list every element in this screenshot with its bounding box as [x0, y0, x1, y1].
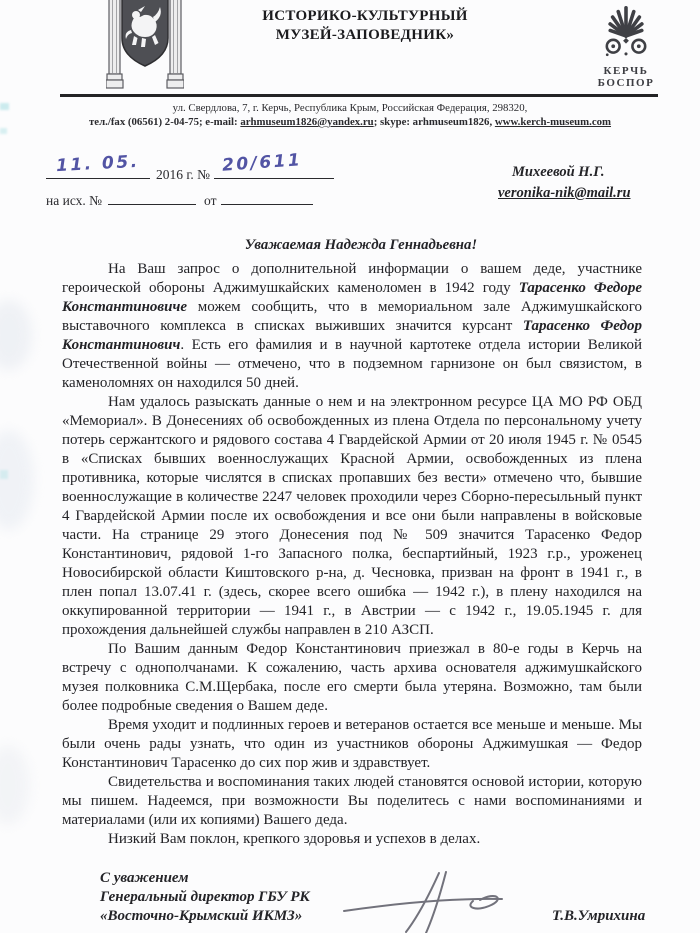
signature-block: С уважением Генеральный директор ГБУ РК … — [100, 869, 660, 926]
scan-smudge — [0, 470, 8, 479]
letter-body: На Ваш запрос о дополнительной информаци… — [62, 260, 642, 849]
paragraph-6: Низкий Вам поклон, крепкого здоровья и у… — [62, 830, 642, 849]
scanned-letter-page: ИСТОРИКО-КУЛЬТУРНЫЙ МУЗЕЙ-ЗАПОВЕДНИК» КЕ… — [0, 0, 700, 933]
handwritten-date: 11. 05. — [56, 152, 141, 176]
scan-smudge — [0, 128, 7, 134]
reference-block: 11. 05.2016 г. №20/611 на исх. №от Михее… — [46, 163, 658, 209]
recipient-block: Михеевой Н.Г. veronika-nik@mail.ru — [498, 162, 700, 204]
paragraph-1: На Ваш запрос о дополнительной информаци… — [62, 260, 642, 393]
contact-line: тел./fax (06561) 2-04-75; e-mail: arhmus… — [0, 116, 700, 128]
website-text: www.kerch-museum.com — [495, 116, 611, 128]
logo-text-line2: БОСПОР — [580, 77, 672, 89]
skype-text: ; skype: arhmuseum1826, — [374, 116, 495, 128]
from-label: от — [204, 193, 216, 208]
year-number-label: 2016 г. № — [156, 167, 210, 182]
salutation: Уважаемая Надежда Геннадьевна! — [0, 237, 700, 254]
palmette-icon — [589, 1, 663, 59]
incoming-number-label: на исх. № — [46, 193, 102, 208]
contact-block: ул. Свердлова, 7, г. Керчь, Республика К… — [0, 102, 700, 128]
number-blank-line: 20/611 — [214, 163, 334, 179]
handwritten-signature-icon — [342, 871, 512, 933]
paragraph-4: Время уходит и подлинных героев и ветера… — [62, 716, 642, 773]
logo-text-line1: КЕРЧЬ — [580, 65, 672, 77]
phone-text: тел./fax (06561) 2-04-75; e-mail: — [89, 116, 240, 128]
museum-title-line2: МУЗЕЙ-ЗАПОВЕДНИК» — [215, 26, 515, 45]
incoming-number-blank — [108, 189, 196, 205]
paragraph-2: Нам удалось разыскать данные о нем и на … — [62, 393, 642, 640]
museum-title: ИСТОРИКО-КУЛЬТУРНЫЙ МУЗЕЙ-ЗАПОВЕДНИК» — [215, 7, 515, 45]
header-divider — [60, 94, 658, 97]
paragraph-3: По Вашим данным Федор Константинович при… — [62, 640, 642, 716]
logo-text: КЕРЧЬ БОСПОР — [580, 65, 672, 89]
kerch-bospor-logo: КЕРЧЬ БОСПОР — [580, 1, 672, 89]
from-date-blank — [221, 189, 313, 205]
recipient-email: veronika-nik@mail.ru — [498, 183, 700, 204]
signer-name: Т.В.Умрихина — [552, 907, 645, 926]
recipient-name: Михеевой Н.Г. — [512, 162, 700, 183]
address-line: ул. Свердлова, 7, г. Керчь, Республика К… — [0, 102, 700, 114]
date-blank-line: 11. 05. — [46, 163, 150, 179]
paragraph-5: Свидетельства и воспоминания таких людей… — [62, 773, 642, 830]
handwritten-outgoing-number: 20/611 — [221, 150, 303, 176]
crimea-coat-of-arms-icon — [106, 0, 184, 92]
scan-smudge — [0, 430, 34, 530]
scan-smudge — [0, 300, 32, 370]
email-text: arhmuseum1826@yandex.ru — [240, 116, 373, 128]
museum-title-line1: ИСТОРИКО-КУЛЬТУРНЫЙ — [215, 7, 515, 26]
scan-smudge — [0, 745, 30, 825]
